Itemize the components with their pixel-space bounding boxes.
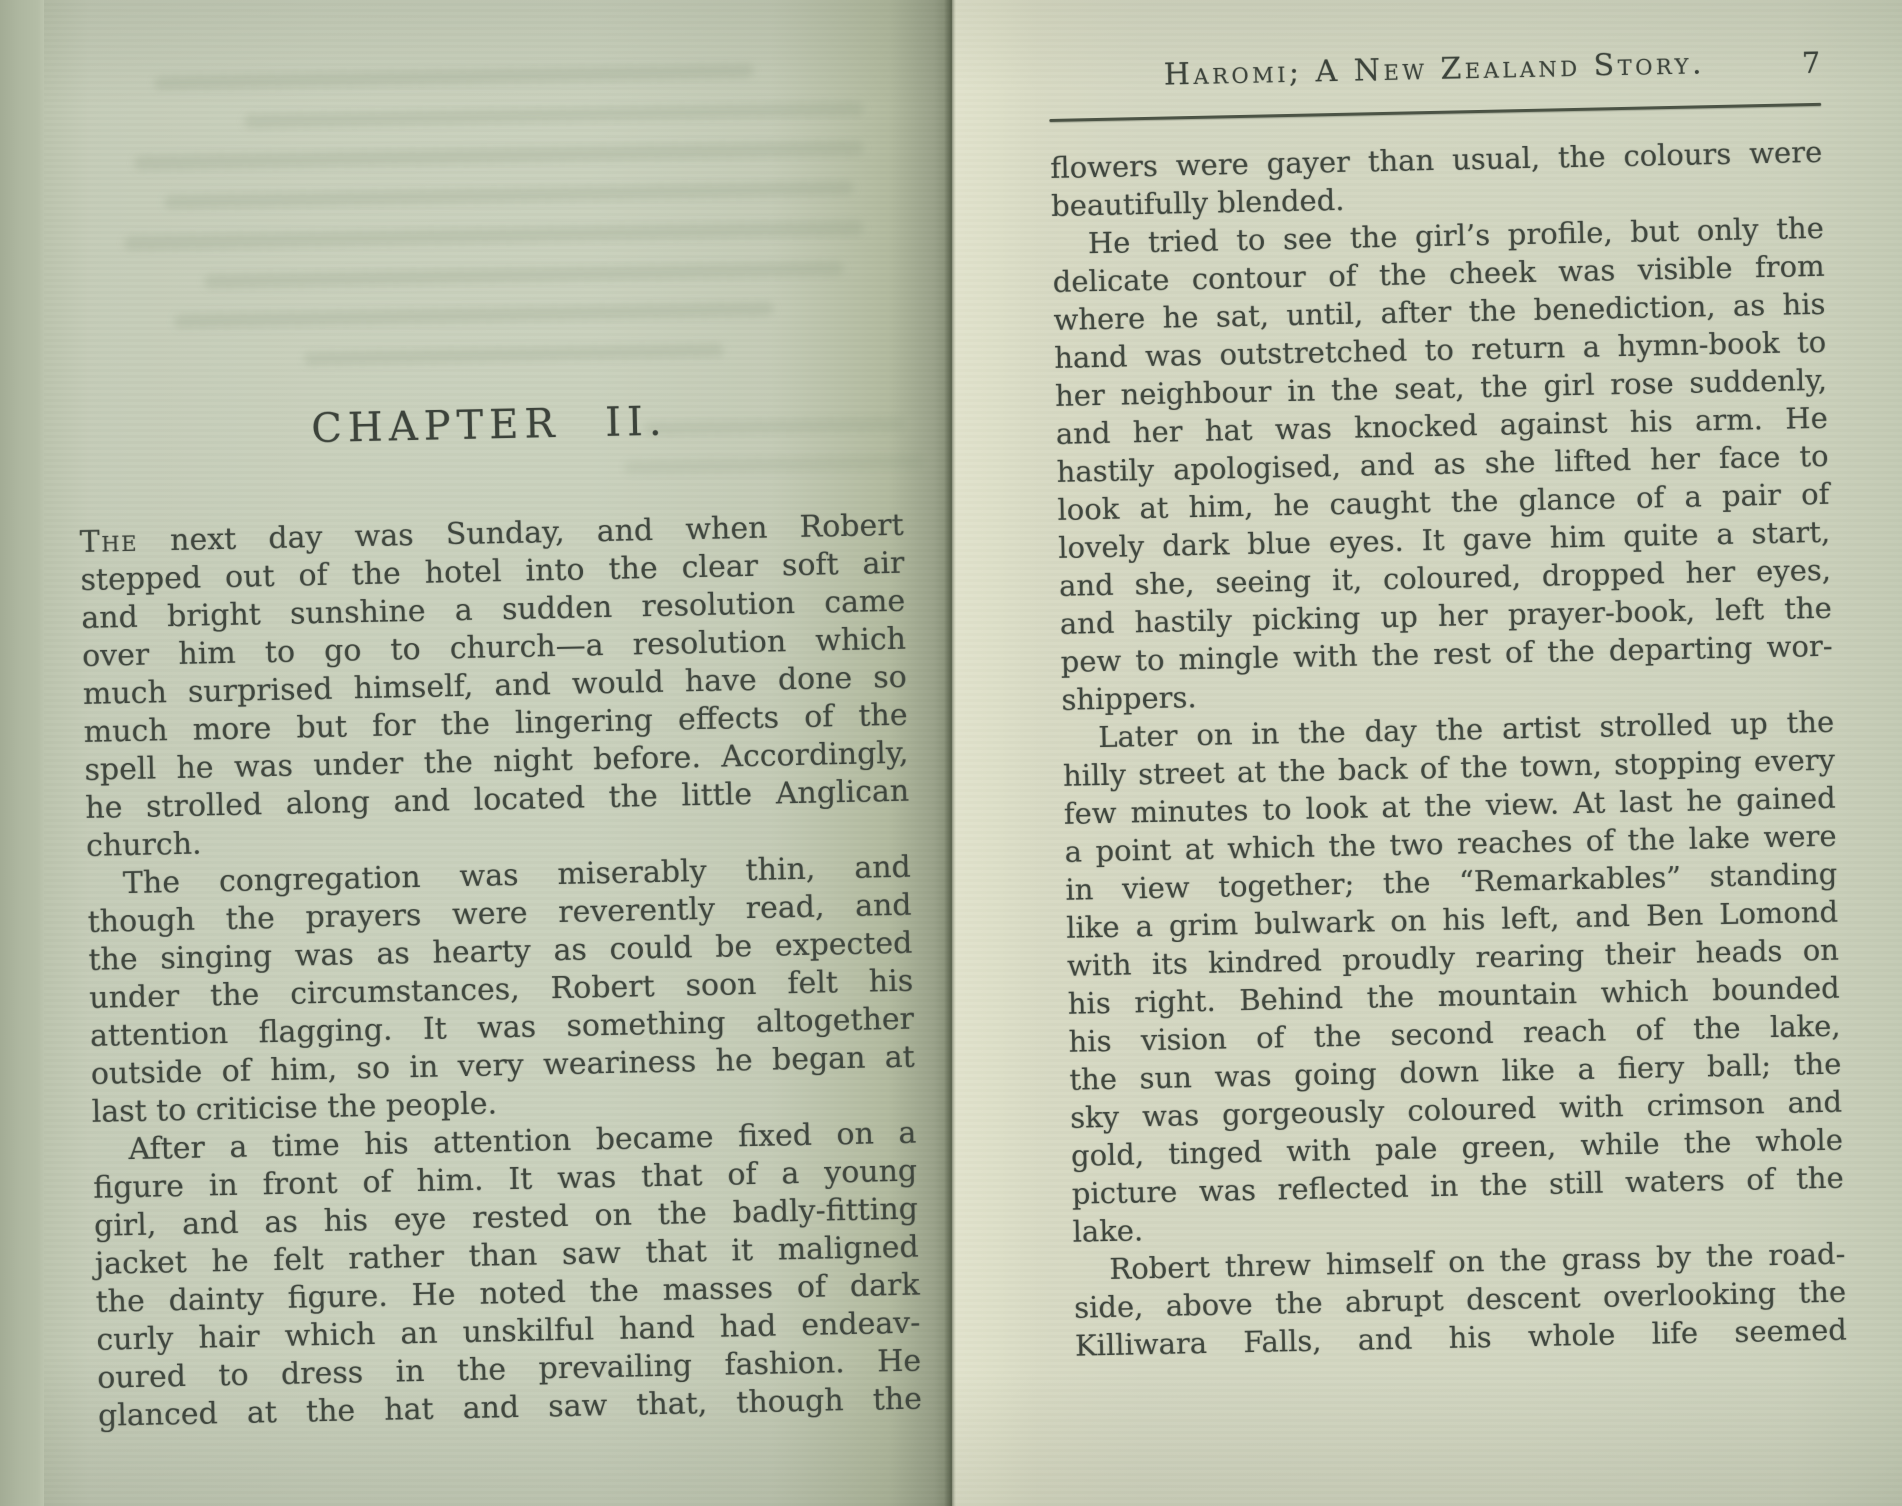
page-number: 7 — [1801, 41, 1820, 85]
show-through-smudge — [164, 181, 854, 209]
paragraph: After a time his attention became fixed … — [92, 1115, 922, 1436]
paragraph: He tried to see the girl’s profile, but … — [1052, 209, 1834, 719]
open-book-photo: CHAPTER II. The next day was Sunday, and… — [0, 0, 1902, 1506]
show-through-smudge — [304, 344, 724, 366]
header-rule — [1049, 103, 1821, 122]
right-page-content: Haromi; A New Zealand Story. 7 flowers w… — [1048, 40, 1847, 1365]
right-page-body: flowers were gayer than usual, the colou… — [1050, 133, 1847, 1365]
left-page-body: The next day was Sunday, and when Robert… — [79, 507, 922, 1436]
paragraph: The next day was Sunday, and when Robert… — [79, 507, 910, 866]
show-through-smudge — [174, 302, 774, 329]
show-through-smudge — [244, 102, 864, 129]
book-gutter-shadow — [944, 0, 956, 1506]
paragraph: Later on in the day the artist strolled … — [1062, 703, 1845, 1251]
running-header-title: Haromi; A New Zealand Story. — [1163, 46, 1705, 92]
show-through-smudge — [124, 220, 864, 250]
show-through-smudge — [134, 140, 864, 170]
paragraph: Robert threw himself on the grass by the… — [1073, 1235, 1847, 1365]
show-through-smudge — [204, 261, 844, 288]
small-caps-lead-word: The — [79, 524, 138, 560]
left-page-content: CHAPTER II. The next day was Sunday, and… — [77, 393, 922, 1436]
book-edge-left — [0, 0, 44, 1506]
paragraph: The congregation was miserably thin, and… — [87, 849, 916, 1132]
show-through-smudge — [154, 64, 754, 91]
